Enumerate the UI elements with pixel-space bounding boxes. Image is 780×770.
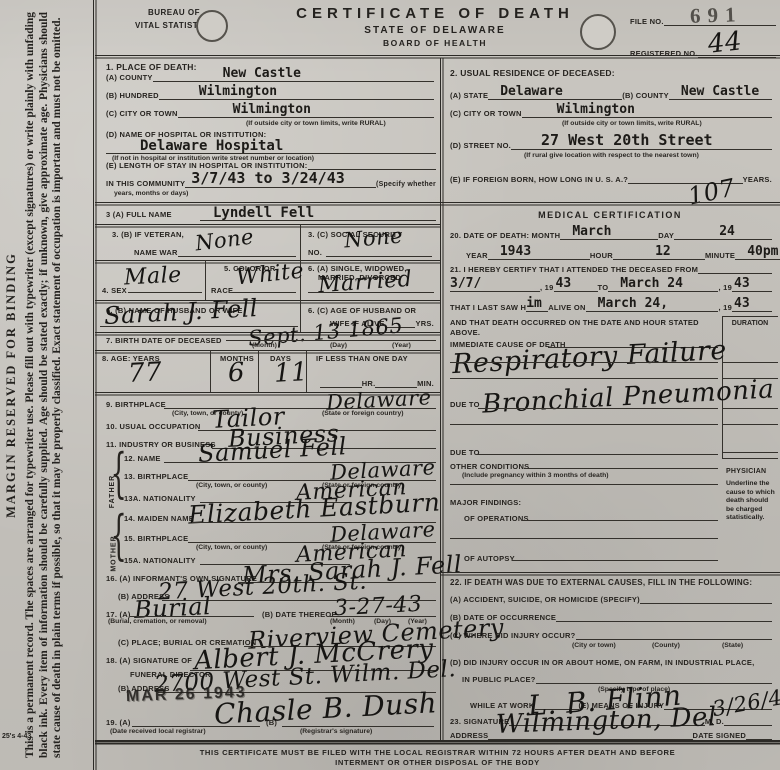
attended-from-year: 43 [554,276,598,292]
veteran-war-label: NAME WAR [134,248,178,257]
street-row: (D) STREET NO. 27 West 20th Street [450,132,772,150]
other-conditions-hint: (Include pregnancy within 3 months of de… [462,472,609,479]
external-c-hint-state: (State) [722,642,743,649]
ss-value: None [343,223,404,252]
last-saw-date: March 24, [586,296,719,312]
age-less-label: IF LESS THAN ONE DAY [316,354,408,363]
mother-name-label: 14. MAIDEN NAME [124,514,194,523]
death-hour-label: HOUR [590,251,613,260]
spouse-age-yrs: YRS. [415,319,434,328]
death-month-value: March [560,224,658,240]
other-conditions-label: OTHER CONDITIONS [450,462,529,471]
hundred-label: (B) HUNDRED [106,91,159,100]
form-subtitle-state: STATE OF DELAWARE [265,25,605,36]
foreign-born-label: (E) IF FOREIGN BORN, HOW LONG IN U. S. A… [450,175,628,184]
street-value: 27 West 20th Street [511,131,772,150]
death-year-label: YEAR [466,251,488,260]
external-b-row: (B) DATE OF OCCURRENCE [450,610,772,622]
occurred-statement: AND THAT DEATH OCCURRED ON THE DATE AND … [450,318,708,338]
attended-to-value: March 24 [608,276,718,292]
father-name-label: 12. NAME [124,454,161,463]
punch-hole-left [196,10,228,42]
years-label: YEARS. [743,175,772,184]
birthdate-line [226,340,436,341]
physician-sig-date-line [724,724,772,726]
form-subtitle-board: BOARD OF HEALTH [265,38,605,48]
county-label: (A) COUNTY [106,73,153,82]
major-findings-label: MAJOR FINDINGS: [450,498,521,507]
residence-city-hint: (If outside city or town limits, write R… [562,120,702,127]
color-label-2: RACE [211,286,233,295]
operations-line [522,520,718,521]
medical-certification-heading: MEDICAL CERTIFICATION [448,210,772,220]
attended-19a: , 19 [540,283,554,292]
disposition-method-hint: (Burial, cremation, or removal) [108,618,207,625]
physician-addr-label: ADDRESS [450,731,488,740]
death-year-value: 1943 [488,244,590,260]
community-row: IN THIS COMMUNITY 3/7/43 to 3/24/43 (Spe… [106,170,436,188]
physician-note: Underline the cause to which death shoul… [726,480,778,523]
death-date-row: 20. DATE OF DEATH: MONTH March DAY 24 [450,224,772,240]
autopsy-line [512,560,718,561]
registrar-label: 19. (A) [106,718,131,727]
external-c-label: (C) WHERE DID INJURY OCCUR? [450,631,576,640]
state-label: (A) STATE [450,91,488,100]
sex-color-divider [205,260,206,300]
registered-no-value: 44 [707,26,744,59]
physician-label: PHYSICIAN [726,468,766,475]
external-c-line [576,638,772,640]
due-to-1-value: Bronchial Pneumonia [481,374,775,419]
city-value: Wilmington [178,102,434,118]
death-certificate-scan: MARGIN RESERVED FOR BINDING This is a pe… [0,0,780,770]
county-value: New Castle [153,66,434,82]
death-hour-value: 12 [613,244,705,260]
mother-nationality-label: 15A. NATIONALITY [124,556,196,565]
stay-hint2: years, months or days) [114,190,188,197]
residence-city-label: (C) CITY OR TOWN [450,109,522,118]
footer-rule [95,740,780,742]
binding-margin-title: MARGIN RESERVED FOR BINDING [0,0,19,770]
form-left-border [93,0,94,770]
duration-line-4 [722,424,778,425]
external-a-line [640,602,772,604]
color-line [232,292,296,293]
residence-heading: 2. USUAL RESIDENCE OF DECEASED: [450,68,615,78]
birthplace-hint-2: (State or foreign country) [322,410,404,417]
form-title-block: CERTIFICATE OF DEATH STATE OF DELAWARE B… [265,5,605,48]
duration-header: DURATION [722,320,778,327]
external-d-label-1: (D) DID INJURY OCCUR IN OR ABOUT HOME, O… [450,658,755,667]
veteran-ss-divider [300,224,301,260]
hospital-value: Delaware Hospital [140,138,283,154]
last-saw-label-2: ALIVE ON [548,303,585,312]
duration-line-1 [722,362,778,363]
residence-county-label: (B) COUNTY [622,91,669,100]
death-date-label: 20. DATE OF DEATH: MONTH [450,231,560,240]
footer-line-1: THIS CERTIFICATE MUST BE FILED WITH THE … [95,748,780,757]
form-code: 25's 4-43 [2,733,31,740]
file-no-value: 691 [690,2,743,29]
file-no-label: FILE NO. [630,17,664,26]
other-conditions-line-2 [450,484,718,485]
binding-margin: MARGIN RESERVED FOR BINDING This is a pe… [0,0,95,770]
death-time-row: YEAR 1943 HOUR 12 MINUTE 40pm. [466,244,772,260]
autopsy-label: OF AUTOPSY [464,554,515,563]
duration-box-bottom [722,458,778,459]
external-a-label: (A) ACCIDENT, SUICIDE, OR HOMICIDE (SPEC… [450,595,640,604]
certify-label: 21. I HEREBY CERTIFY THAT I ATTENDED THE… [450,265,698,274]
age-months-value: 6 [227,358,246,389]
external-b-label: (B) DATE OF OCCURRENCE [450,613,556,622]
external-c-row: (C) WHERE DID INJURY OCCUR? [450,628,772,640]
operations-label: OF OPERATIONS [464,514,529,523]
section-rule-external [440,572,780,573]
last-saw-year: 43 [732,296,772,312]
disposition-date-label: (B) DATE THEREOF [262,610,336,619]
sex-label: 4. SEX [102,286,127,295]
age-divider-2 [258,350,259,392]
last-saw-label-1: THAT I LAST SAW H [450,303,526,312]
full-name-value: Lyndell Fell [213,205,314,221]
birthplace-label: 9. BIRTHPLACE [106,400,166,409]
binding-margin-note: This is a permanent record. The spaces a… [24,12,65,758]
other-conditions-line [524,468,718,469]
veteran-line [178,256,296,257]
ss-line [326,256,432,257]
full-name-line [200,220,436,221]
external-c-hint-county: (County) [652,642,680,649]
veteran-value: None [194,224,255,255]
external-d-label-2: IN PUBLIC PLACE? [462,675,536,684]
external-a-row: (A) ACCIDENT, SUICIDE, OR HOMICIDE (SPEC… [450,592,772,604]
city-row: (C) CITY OR TOWN Wilmington [106,102,434,118]
last-saw-row: THAT I LAST SAW H im ALIVE ON March 24, … [450,296,772,312]
occupation-label: 10. USUAL OCCUPATION [106,422,201,431]
mother-birthplace-hint-1: (City, town, or county) [196,544,267,551]
state-county-row: (A) STATE Delaware (B) COUNTY New Castle [450,84,772,100]
death-day-value: 24 [674,224,772,240]
registered-no-row: REGISTERED NO. [630,46,776,58]
registrar-sig-hint: (Registrar's signature) [300,728,372,735]
birthdate-hint-month: (Month) [252,342,277,349]
residence-city-value: Wilmington [522,102,772,118]
father-birthplace-hint-1: (City, town, or county) [196,482,267,489]
age-hr-line [320,386,362,388]
footer-line-2: INTERMENT OR OTHER DISPOSAL OF THE BODY [95,758,780,767]
section-rule-6 [95,350,440,351]
sex-value: Male [123,263,182,291]
cause-line-1 [450,362,718,363]
section-rule-3 [95,260,440,261]
due-to-1-line [478,408,718,409]
stay-hint1: (Specify whether [376,181,436,188]
street-hint: (If rural give location with respect to … [524,152,699,159]
duration-box-top [722,316,778,317]
registrar-date-hint: (Date received local registrar) [110,728,206,735]
duration-line-3 [722,408,778,409]
external-c-hint-city: (City or town) [572,642,616,649]
father-nationality-label: 13A. NATIONALITY [124,494,196,503]
age-days-value: 11 [273,357,309,389]
sex-line [128,292,202,293]
due-to-2-line [476,454,718,455]
registrar-sig-line [282,726,434,727]
state-value: Delaware [488,84,622,100]
due-to-1-label: DUE TO [450,400,480,409]
ss-no-label: NO. [308,248,322,257]
birthdate-hint-year: (Year) [392,342,411,349]
street-label: (D) STREET NO. [450,141,511,150]
disposition-method-line [130,616,254,617]
birthdate-hint-day: (Day) [330,342,347,349]
stay-value: 3/7/43 to 3/24/43 [185,169,376,188]
attended-19b: , 19 [718,283,732,292]
county-row: (A) COUNTY New Castle [106,66,434,82]
age-years-value: 77 [127,357,163,389]
hundred-row: (B) HUNDRED Wilmington [106,84,434,100]
attended-row: 3/7/ , 19 43 TO March 24 , 19 43 [450,276,772,292]
cause-line-3 [450,424,718,425]
hundred-value: Wilmington [159,84,434,100]
punch-hole-right [580,14,616,50]
age-hr-label: HR. [362,379,376,388]
residence-county-value: New Castle [669,84,772,100]
duration-line-5 [722,452,778,453]
external-heading: 22. IF DEATH WAS DUE TO EXTERNAL CAUSES,… [450,578,752,587]
hospital-line [106,153,436,154]
registered-no-label: REGISTERED NO. [630,49,698,58]
death-day-label: DAY [658,231,674,240]
residence-city-row: (C) CITY OR TOWN Wilmington [450,102,772,118]
last-saw-him: im [526,296,548,312]
full-name-label: 3 (A) FULL NAME [106,210,172,219]
death-minute-label: MINUTE [705,251,735,260]
attended-to-label: TO [598,283,609,292]
city-hint: (If outside city or town limits, write R… [246,120,386,127]
mother-birthplace-label: 15. BIRTHPLACE [124,534,188,543]
external-b-line [556,620,772,622]
community-label: IN THIS COMMUNITY [106,179,185,188]
city-label: (C) CITY OR TOWN [106,109,178,118]
father-birthplace-label: 13. BIRTHPLACE [124,472,188,481]
last-saw-19c: , 19 [718,303,732,312]
operations-line-2 [450,538,718,539]
death-minute-value: 40pm. [735,244,780,260]
age-divider-1 [210,350,211,392]
birthdate-label: 7. BIRTH DATE OF DECEASED [106,336,222,345]
funeral-sig-label-1: 18. (A) SIGNATURE OF [106,656,192,665]
attended-to-year: 43 [732,276,772,292]
marital-line [308,292,434,293]
veteran-label: 3. (B) IF VETERAN, [112,230,184,239]
certify-row: 21. I HEREBY CERTIFY THAT I ATTENDED THE… [450,262,772,274]
marital-value: Married [317,267,413,299]
due-to-2-label: DUE TO [450,448,480,457]
attended-from-value: 3/7/ [450,276,540,292]
section-rule-1 [95,202,780,203]
certify-line [698,272,772,274]
page-title: CERTIFICATE OF DEATH [265,5,605,22]
